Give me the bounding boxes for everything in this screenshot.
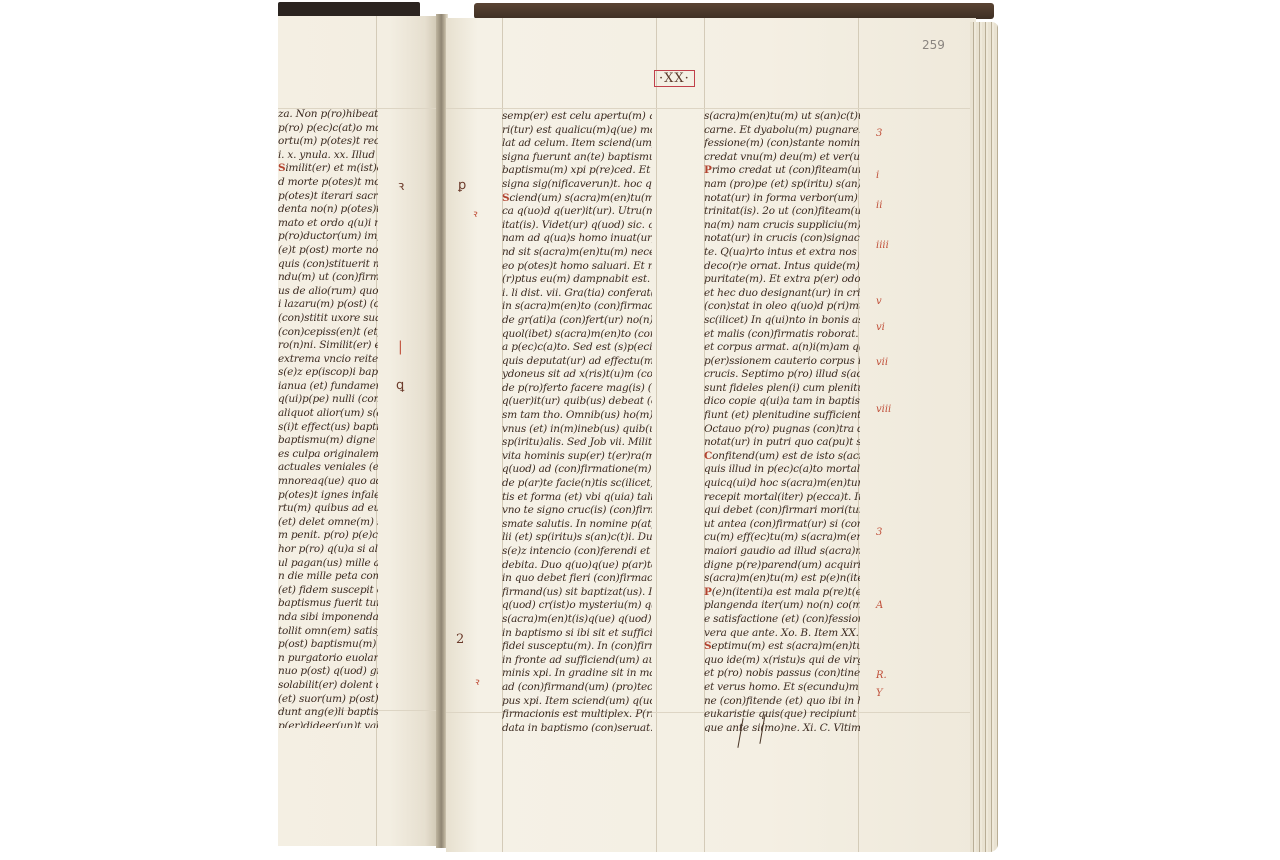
text-line: nam ad q(ua)s homo inuat(ur) licet sit (502, 232, 652, 246)
text-line: in baptismo si ibi sit et sufficiend(u)m (502, 627, 652, 641)
text-line: us de alio(rum) quoru(m) s(acra)m(en)t(i… (278, 285, 378, 299)
text-line: quicq(ui)d hoc s(acra)m(en)tum in p(ec)c… (704, 477, 860, 491)
text-line: s(e)z ep(iscop)i baptismo est p(ri)mu (278, 366, 378, 380)
text-line: carne. Et dyabolu(m) pugnare. 3o ad (con… (704, 124, 860, 138)
text-line: p(otes)t iterari sacramenta (278, 190, 378, 204)
text-line: et hec duo designant(ur) in crismate quo… (704, 287, 860, 301)
text-column-b: s(acra)m(en)tu(m) ut s(an)c(t)us Paulus … (704, 110, 860, 732)
binding-cover-left (278, 2, 420, 16)
text-line: quis deputat(ur) ad effectu(m) sanctitat… (502, 355, 652, 369)
text-line: credat vnu(m) deu(m) et ver(um) homine(m… (704, 151, 860, 165)
margin-mark: ꝑ (458, 178, 466, 193)
text-line: baptismu(m) xpi p(re)ced. Et quid ista (502, 164, 652, 178)
text-line: p(ro)ductor(um) imp(r)imu(n)t caura (278, 230, 378, 244)
margin-numeral: Y (876, 688, 883, 699)
text-line: q(uod) cr(ist)o mysteriu(m) q(ue)lnt s(i… (502, 599, 652, 613)
text-line: p(er)dideer(un)t valde fatui (278, 720, 378, 728)
text-line: (et) suor(um) p(ost) baptismu(m) (278, 693, 378, 707)
text-line: quis illud in p(ec)c(a)to mortali capit … (704, 463, 860, 477)
text-line: p(ro) p(ec)c(at)o mortali siue ordo (278, 122, 378, 136)
text-column-a: semp(er) est celu apertu(m) q(uod) quint… (502, 110, 652, 732)
text-line: itat(is). Videt(ur) q(uod) sic. q(uia) s… (502, 219, 652, 233)
text-line: in quo debet fieri (con)firmacio et q(uo… (502, 572, 652, 586)
text-line: firmand(us) sit baptizat(us). Item scien… (502, 586, 652, 600)
text-line: solabilit(er) dolent de (278, 679, 378, 693)
text-line: minis xpi. In gradine sit in manib(us) (502, 667, 652, 681)
margin-numeral: ii (876, 200, 882, 211)
ruling-line (656, 18, 657, 852)
text-line: n die mille peta com(m)i (278, 570, 378, 584)
text-line: na(m) nam crucis suppliciu(m) pertulisse… (704, 219, 860, 233)
text-line: ro(n)ni. Similit(er) et eukal (278, 339, 378, 353)
text-line: tollit omn(em) satisfacione(m) (278, 625, 378, 639)
margin-mark: ꝛ (474, 674, 479, 688)
text-line: (con)cepiss(en)t (et) p(ost) mor (278, 326, 378, 340)
text-line: q(uer)it(ur) quib(us) debeat (con)ferri.… (502, 395, 652, 409)
text-line: baptismus fuerit tunc nulla (278, 597, 378, 611)
text-line: debita. Duo q(uo)q(ue) p(ar)te suscipien… (502, 559, 652, 573)
text-line: Primo credat ut (con)fiteam(ur) eu(m) s(… (704, 164, 860, 178)
left-page: za. Non p(ro)hibeat. Etp(ro) p(ec)c(at)o… (278, 16, 438, 846)
text-line: s(i)t effect(us) baptismi (278, 421, 378, 435)
text-line: eukaristie quis(que) recipiunt p(re)sb(y… (704, 708, 860, 722)
text-line: vnus (et) in(m)ineb(us) quib(us) g(rati)… (502, 423, 652, 437)
text-line: za. Non p(ro)hibeat. Et (278, 108, 378, 122)
right-page: semp(er) est celu apertu(m) q(uod) quint… (446, 18, 976, 852)
text-line: sm tam tho. Omnib(us) ho(m)i(n)ib(us) es… (502, 409, 652, 423)
left-text-column: za. Non p(ro)hibeat. Etp(ro) p(ec)c(at)o… (278, 108, 378, 728)
text-line: Octauo p(ro) pugnas (con)tra demones q(u… (704, 423, 860, 437)
text-line: ndu(m) ut (con)firmat(us) nec re (278, 271, 378, 285)
text-line: de p(ar)te facie(n)tis sc(ilicet) materi… (502, 477, 652, 491)
ruling-line (446, 108, 976, 109)
text-line: maiori gaudio ad illud s(acra)m(en)tu(m) (704, 545, 860, 559)
text-line: s(acra)m(en)tu(m) est p(e)n(itenti)a et … (704, 572, 860, 586)
text-line: i lazaru(m) p(ost) (con)stitut(us) (278, 298, 378, 312)
text-line: tis et forma (et) vbi q(uia) talis est (502, 491, 652, 505)
text-line: q(ui)p(pe) nulli (con)ferat ante (278, 393, 378, 407)
text-line: baptismu(m) digne suscipi (278, 434, 378, 448)
margin-mark: | (398, 339, 403, 355)
margin-numeral: iiii (876, 240, 889, 251)
text-line: notat(ur) in crucis (con)signacione que … (704, 232, 860, 246)
text-line: rtu(m) quibus ad eu(n)d ba (278, 502, 378, 516)
text-line: in s(acra)m(en)to (con)firmacio(n)is. Vi… (502, 300, 652, 314)
margin-numeral: vi (876, 322, 885, 333)
text-line: in fronte ad sufficiend(um) audaciam no (502, 654, 652, 668)
text-line: que ante si(mo)ne. Xi. C. Vltimu(m) (704, 722, 860, 732)
text-line: dico copie q(ui)a tam in baptismo plen (704, 395, 860, 409)
margin-numeral: vii (876, 357, 888, 368)
text-line: eo p(otes)t homo saluari. Et m(er)ito(r)… (502, 260, 652, 274)
text-line: fiunt (et) plenitudine sufficiente (704, 409, 860, 423)
text-line: (con)stitit uxore sua c(on)ceptus (278, 312, 378, 326)
text-line: mato et ordo q(u)i m(ist)ice (278, 217, 378, 231)
text-line: ad (con)firmand(um) (pro)tectione(m) (co… (502, 681, 652, 695)
text-line: et verus homo. Et s(ecundu)m bona(ventur… (704, 681, 860, 695)
text-line: Similit(er) et m(ist)eriis sa (278, 162, 378, 176)
text-line: (et) fidem suscepit et s(ta)t (278, 584, 378, 598)
text-line: s(acra)m(en)tu(m) ut s(an)c(t)us Paulus … (704, 110, 860, 124)
margin-mark: ꝛ (472, 206, 477, 220)
text-line: ydoneus sit ad x(ris)t(u)m (con)fitend(u… (502, 368, 652, 382)
text-line: et corpus armat. a(n)i(m)am q(ui)dem in (704, 341, 860, 355)
margin-numeral: v (876, 296, 882, 307)
text-line: ortu(m) p(otes)t recupando (278, 135, 378, 149)
folio-number: 259 (922, 38, 945, 52)
text-line: fessione(m) (con)stante nominis xpi dica… (704, 137, 860, 151)
text-line: quo ide(m) x(ristu)s qui de virgine est … (704, 654, 860, 668)
text-line: signa sig(nificaverun)t. hoc q(ue) ·11· … (502, 178, 652, 192)
text-line: (et) delet omne(m) satisfa (278, 516, 378, 530)
text-line: signa fuerunt an(te) baptismu(m) et tria… (502, 151, 652, 165)
running-head: ·XX· (654, 70, 695, 87)
text-line: vno te signo cruc(is) (con)firmo te cri (502, 504, 652, 518)
binding-cover-right (474, 3, 994, 19)
text-line: p(er)ssionem cauterio corpus in psiue (704, 355, 860, 369)
text-line: ri(tur) est qualicu(m)q(ue) morte statim… (502, 124, 652, 138)
text-line: ne (con)fitende (et) quo ibi in h(oc) s(… (704, 695, 860, 709)
text-line: de gr(ati)a (con)fert(ur) no(n) solu(m) … (502, 314, 652, 328)
text-line: sc(ilicet) In q(ui)nto in bonis ascendit (704, 314, 860, 328)
text-line: te. Q(ua)rto intus et extra nos sp(iritu… (704, 246, 860, 260)
text-line: p(ost) baptismu(m) morere(tur) (278, 638, 378, 652)
text-line: ca q(uo)d q(uer)it(ur). Utru(m) sit s(ac… (502, 205, 652, 219)
page-edges (970, 22, 998, 852)
text-line: (r)ptus eu(m) dampnabit est. Sec. tho (502, 273, 652, 287)
margin-numeral: A (876, 600, 883, 611)
text-line: q(uod) ad (con)firmatione(m) est req(ui)… (502, 463, 652, 477)
text-line: vera que ante. Xo. B. Item XX. R. (704, 627, 860, 641)
text-line: m penit. p(ro) p(e)ct(is) sui (278, 529, 378, 543)
text-line: notat(ur) in forma verbor(um) vbi fit ex… (704, 192, 860, 206)
text-line: fidei susceptu(m). In (con)firmacion(e) … (502, 640, 652, 654)
text-line: Septimu(m) est s(acra)m(en)tu(m) eukaris… (704, 640, 860, 654)
text-line: sunt fideles plen(i) cum plenitudine (704, 382, 860, 396)
text-line: et p(ro) nobis passus (con)tinet(ur) ver… (704, 667, 860, 681)
text-line: quis (con)stituerit no(n) est (278, 258, 378, 272)
margin-numeral: R. (876, 670, 887, 681)
text-line: digne p(re)parend(um) acquirit. Sextu(m) (704, 559, 860, 573)
text-line: notat(ur) in putri quo ca(pu)t sanatur (704, 436, 860, 450)
text-line: pus xpi. Item sciend(um) q(uod) effectus… (502, 695, 652, 709)
text-line: et malis (con)firmatis roborat. Sexto a(… (704, 328, 860, 342)
text-line: P(e)n(itenti)a est mala p(re)t(er)ita pl… (704, 586, 860, 600)
text-line: a p(ec)c(a)to. Sed est (s)p(ecia)lis g(r… (502, 341, 652, 355)
text-line: crucis. Septimo p(ro) illud s(acra)m(en)… (704, 368, 860, 382)
text-line: Confitend(um) est de isto s(acra)m(en)to… (704, 450, 860, 464)
text-line: deco(r)e ornat. Intus quide(m) p(er) (co… (704, 260, 860, 274)
margin-numeral: 3 (876, 527, 882, 538)
text-line: plangenda iter(um) no(n) co(m)mitte(re) … (704, 599, 860, 613)
text-line: es culpa originalem (278, 448, 378, 462)
text-line: i. x. ynula. xx. Illud (278, 149, 378, 163)
text-line: nd sit s(acra)m(en)tu(m) necessitat(is) … (502, 246, 652, 260)
text-line: puritate(m). Et extra p(er) odorem bone … (704, 273, 860, 287)
text-line: mnoreaq(ue) quo ad aliq (278, 475, 378, 489)
text-line: e satisfactione (et) (con)fessione et de… (704, 613, 860, 627)
text-line: ul pagan(us) mille annis (278, 557, 378, 571)
text-line: nuo p(ost) q(uod) gnra sit fatui (278, 665, 378, 679)
text-line: dunt ang(e)li baptisma (278, 706, 378, 720)
text-line: sp(iritu)alis. Sed Job vii. Militia est (502, 436, 652, 450)
text-line: d morte p(otes)t mortali (278, 176, 378, 190)
text-line: trinitat(is). 2o ut (con)fiteam(ur) eu(m… (704, 205, 860, 219)
text-line: firmacionis est multiplex. P(ri)mo g(rat… (502, 708, 652, 722)
text-line: ianua (et) fundamentu (278, 380, 378, 394)
text-line: ut antea (con)firmat(ur) si (con)sumende… (704, 518, 860, 532)
text-line: n purgatorio euolaret (278, 652, 378, 666)
text-line: Sciend(um) s(acra)m(en)tu(m) est (con)fi… (502, 192, 652, 206)
margin-numeral: 3 (876, 128, 882, 139)
margin-mark: 2 (456, 632, 464, 647)
text-line: qui debet (con)firmari mori(tur) sicut (704, 504, 860, 518)
text-line: cu(m) eff(ec)tu(m) s(acra)m(en)ti (con)f… (704, 531, 860, 545)
text-line: semp(er) est celu apertu(m) q(uod) quint… (502, 110, 652, 124)
margin-mark: ꝛ (398, 176, 404, 194)
text-line: i. li dist. vii. Gra(tia) conferat(ur) g… (502, 287, 652, 301)
text-line: aliquot alior(um) s(acra)m(en)tor(um) (278, 407, 378, 421)
text-line: s(acra)m(en)t(is)q(ue) q(uod) (con)firma… (502, 613, 652, 627)
text-line: (con)stat in oleo q(uo)d p(ri)mu(m) et b… (704, 300, 860, 314)
text-line: hor p(ro) q(u)a si aliquis (278, 543, 378, 557)
text-line: vita hominis sup(er) t(er)ra(m). Item sc… (502, 450, 652, 464)
text-line: data in baptismo (con)seruat. Vnd(e) ps. (502, 722, 652, 732)
text-line: (e)t p(ost) morte no(n) p(otes)t ab ma (278, 244, 378, 258)
text-line: de p(ro)ferto facere mag(is) (con)stanti… (502, 382, 652, 396)
text-line: quol(ibet) s(acra)m(en)to (con)fert(ur) … (502, 328, 652, 342)
text-line: recepit mortal(iter) p(ecca)t. Item inue… (704, 491, 860, 505)
text-line: smate salutis. In nomine p(at)ris (et) f… (502, 518, 652, 532)
margin-numeral: i (876, 170, 879, 181)
text-line: nda sibi imponenda est (278, 611, 378, 625)
text-line: extrema vncio reiteri (278, 353, 378, 367)
text-line: lii (et) sp(iritu)s s(an)c(t)i. Duo q(ue… (502, 531, 652, 545)
text-line: nam (pro)pe (et) sp(iritu) s(an)c(t)o co… (704, 178, 860, 192)
text-line: denta no(n) p(otes)t iterari. s(e)z (278, 203, 378, 217)
text-line: actuales veniales (et) vesa (278, 461, 378, 475)
margin-mark: ꝗ (396, 378, 404, 393)
text-line: p(otes)t ignes infalem (278, 489, 378, 503)
manuscript-spread: za. Non p(ro)hibeat. Etp(ro) p(ec)c(at)o… (278, 0, 998, 860)
text-line: s(e)z intencio (con)ferendi et intencio (502, 545, 652, 559)
text-line: lat ad celum. Item sciend(um) q(uod) q(u… (502, 137, 652, 151)
margin-numeral: viii (876, 404, 891, 415)
